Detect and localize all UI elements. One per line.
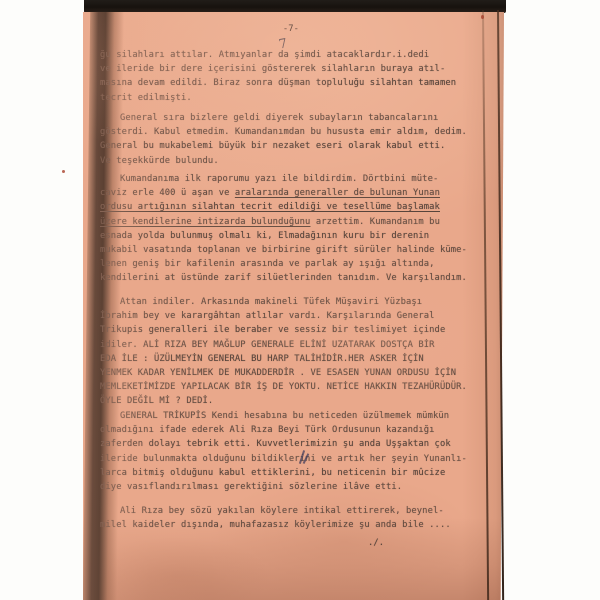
text-line: ordusu artığının silahtan tecrit edildiğ… <box>100 200 482 214</box>
red-speck <box>481 15 484 19</box>
text-line: üzere kendilerine intizarda bulunduğunu … <box>100 215 482 229</box>
text-line: diye vasıflandırılması gerektiğini sözle… <box>100 480 482 494</box>
text-line: General bu mukabelemi büyük bir nezaket … <box>100 139 482 153</box>
text-line: YENMEK KADAR YENİLMEK DE MUKADDERDİR . V… <box>100 366 482 380</box>
paragraph: Kumandanıma ilk raporumu yazı ile bildir… <box>100 172 482 286</box>
text-line: Kumandanıma ilk raporumu yazı ile bildir… <box>100 172 482 186</box>
text-line: caviz erle 400 ü aşan ve aralarında gene… <box>100 186 482 200</box>
scanned-book-photo: -7- ğu silahları attılar. Atmıyanlar da … <box>0 0 600 600</box>
text-line: Attan indiler. Arkasında makineli Tüfek … <box>100 295 482 309</box>
text-line: ğu silahları attılar. Atmıyanlar da şimd… <box>100 48 482 62</box>
text-line: İbrahim bey ve karargâhtan atlılar vardı… <box>100 309 482 323</box>
book-top-edge <box>84 0 506 13</box>
text-line: MEMLEKETİMİZDE YAPILACAK BİR İŞ DE YOKTU… <box>100 380 482 394</box>
paragraph: Attan indiler. Arkasında makineli Tüfek … <box>100 295 482 409</box>
text-line: idiler. ALİ RIZA BEY MAĞLUP GENERALE ELİ… <box>100 338 482 352</box>
continuation-mark: ./. <box>368 536 384 550</box>
text-line: zaferden dolayı tebrik etti. Kuvvetlerim… <box>100 437 482 451</box>
paragraph: ğu silahları attılar. Atmıyanlar da şimd… <box>100 48 482 105</box>
text-line: EDA İLE : ÜZÜLMEYİN GENERAL BU HARP TALİ… <box>100 352 482 366</box>
text-line: Ali Rıza bey sözü yakılan köylere intika… <box>100 504 482 518</box>
text-line: tecrit edilmişti. <box>100 91 482 105</box>
text-line: masına devam edildi. Biraz sonra düşman … <box>100 76 482 90</box>
paragraph: Ali Rıza bey sözü yakılan köylere intika… <box>100 504 482 532</box>
paragraph: General sıra bizlere geldi diyerek subay… <box>100 111 482 168</box>
text-line: larca bitmiş olduğunu kabul ettiklerini,… <box>100 466 482 480</box>
paragraph: GENERAL TRİKUPİS Kendi hesabına bu netic… <box>100 409 482 494</box>
text-line: esnada yolda bulunmuş olmalı ki, Elmadağ… <box>100 229 482 243</box>
text-line: ileride bulunmakta olduğunu bildiklerini… <box>100 452 482 466</box>
text-line: olmadığını ifade ederek Ali Rıza Beyi Tü… <box>100 423 482 437</box>
text-line: gösterdi. Kabul etmedim. Kumandanımdan b… <box>100 125 482 139</box>
text-line: lenen geniş bir kafilenin arasında ve pa… <box>100 257 482 271</box>
text-line: mukabil vasatında toplanan ve birbirine … <box>100 243 482 257</box>
text-line: kendilerini at üstünde zarif silüetlerin… <box>100 271 482 285</box>
text-line: Ve teşekkürde bulundu. <box>100 154 482 168</box>
text-line: ÖYLE DEĞİL Mİ ? DEDİ. <box>100 394 482 408</box>
text-line: GENERAL TRİKUPİS Kendi hesabına bu netic… <box>100 409 482 423</box>
text-line: General sıra bizlere geldi diyerek subay… <box>100 111 482 125</box>
page-number-typed: -7- <box>100 22 482 36</box>
red-speck <box>62 170 65 173</box>
text-line: milel kaideler dışında, muhafazasız köyl… <box>100 518 482 532</box>
pen-stroke-mark <box>298 450 308 466</box>
text-line: ve ileride bir dere içerisini göstererek… <box>100 62 482 76</box>
paper-page: -7- ğu silahları attılar. Atmıyanlar da … <box>83 12 504 600</box>
text-line: Trikupis generalleri ile beraber ve sess… <box>100 323 482 337</box>
document-text: -7- ğu silahları attılar. Atmıyanlar da … <box>100 12 482 600</box>
